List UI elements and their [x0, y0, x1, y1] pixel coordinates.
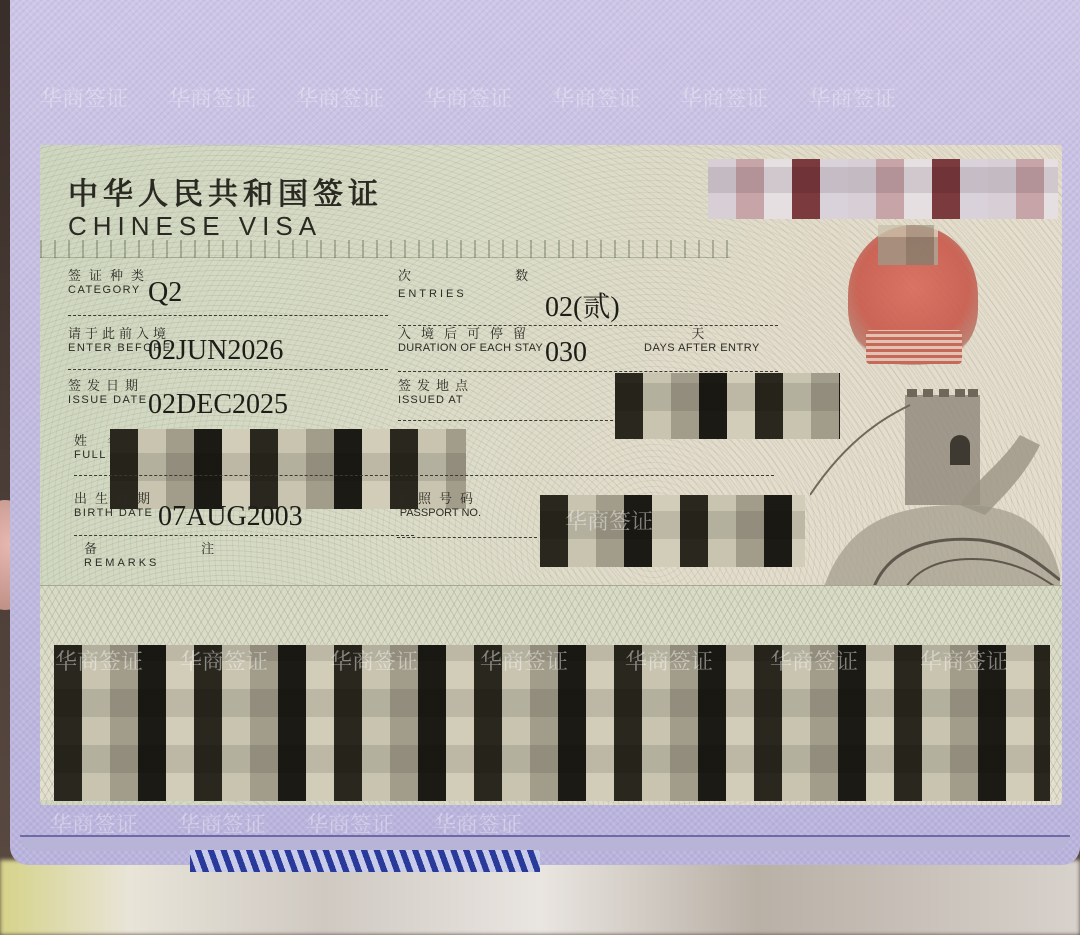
divider — [74, 535, 414, 536]
decorative-band — [40, 240, 730, 258]
visa-title-en: CHINESE VISA — [68, 211, 322, 242]
passport-cover-strip — [190, 850, 540, 872]
redacted-issued-at — [615, 373, 840, 439]
background-desk — [0, 860, 1080, 935]
page-edge — [20, 835, 1070, 851]
watermark-row: 华商签证 华商签证 华商签证 华商签证 华商签证 华商签证 华商签证 — [40, 82, 1080, 113]
issue-date-value: 02DEC2025 — [148, 389, 288, 421]
divider — [68, 369, 388, 370]
duration-value: 030 — [545, 337, 587, 369]
remarks-field: 备 注 REMARKS — [84, 538, 264, 569]
redacted-visa-number — [708, 159, 1058, 219]
birth-date-value: 07AUG2003 — [158, 501, 303, 533]
visa-title-cn: 中华人民共和国签证 — [68, 169, 383, 213]
emblem-base — [866, 330, 962, 364]
redacted-machine-readable-zone — [54, 645, 1050, 801]
category-field: 签证种类 CATEGORY — [68, 265, 152, 296]
entries-value: 02(贰) — [545, 285, 620, 325]
issued-at-field: 签发地点 ISSUED AT — [398, 375, 474, 406]
divider — [398, 371, 778, 372]
visa-sticker: 中华人民共和国签证 CHINESE VISA 签证种类 CATEGORY Q2 … — [40, 145, 1062, 805]
redacted-passport-number — [540, 495, 805, 567]
divider — [68, 315, 388, 316]
divider — [398, 420, 613, 421]
divider — [74, 475, 774, 476]
enter-before-value: 02JUN2026 — [148, 335, 283, 367]
divider — [397, 537, 537, 538]
category-value: Q2 — [148, 277, 182, 309]
birth-date-field: 出生日期 BIRTH DATE — [74, 488, 158, 519]
duration-field: 入境后可停留 DURATION OF EACH STAY — [398, 323, 543, 354]
duration-unit: 天 DAYS AFTER ENTRY — [644, 323, 760, 354]
passport-no-field: 护照号码 PASSPORT NO. — [397, 488, 481, 519]
great-wall-illustration — [810, 375, 1060, 600]
issue-date-field: 签发日期 ISSUE DATE — [68, 375, 148, 406]
redacted-emblem-top — [878, 225, 938, 265]
